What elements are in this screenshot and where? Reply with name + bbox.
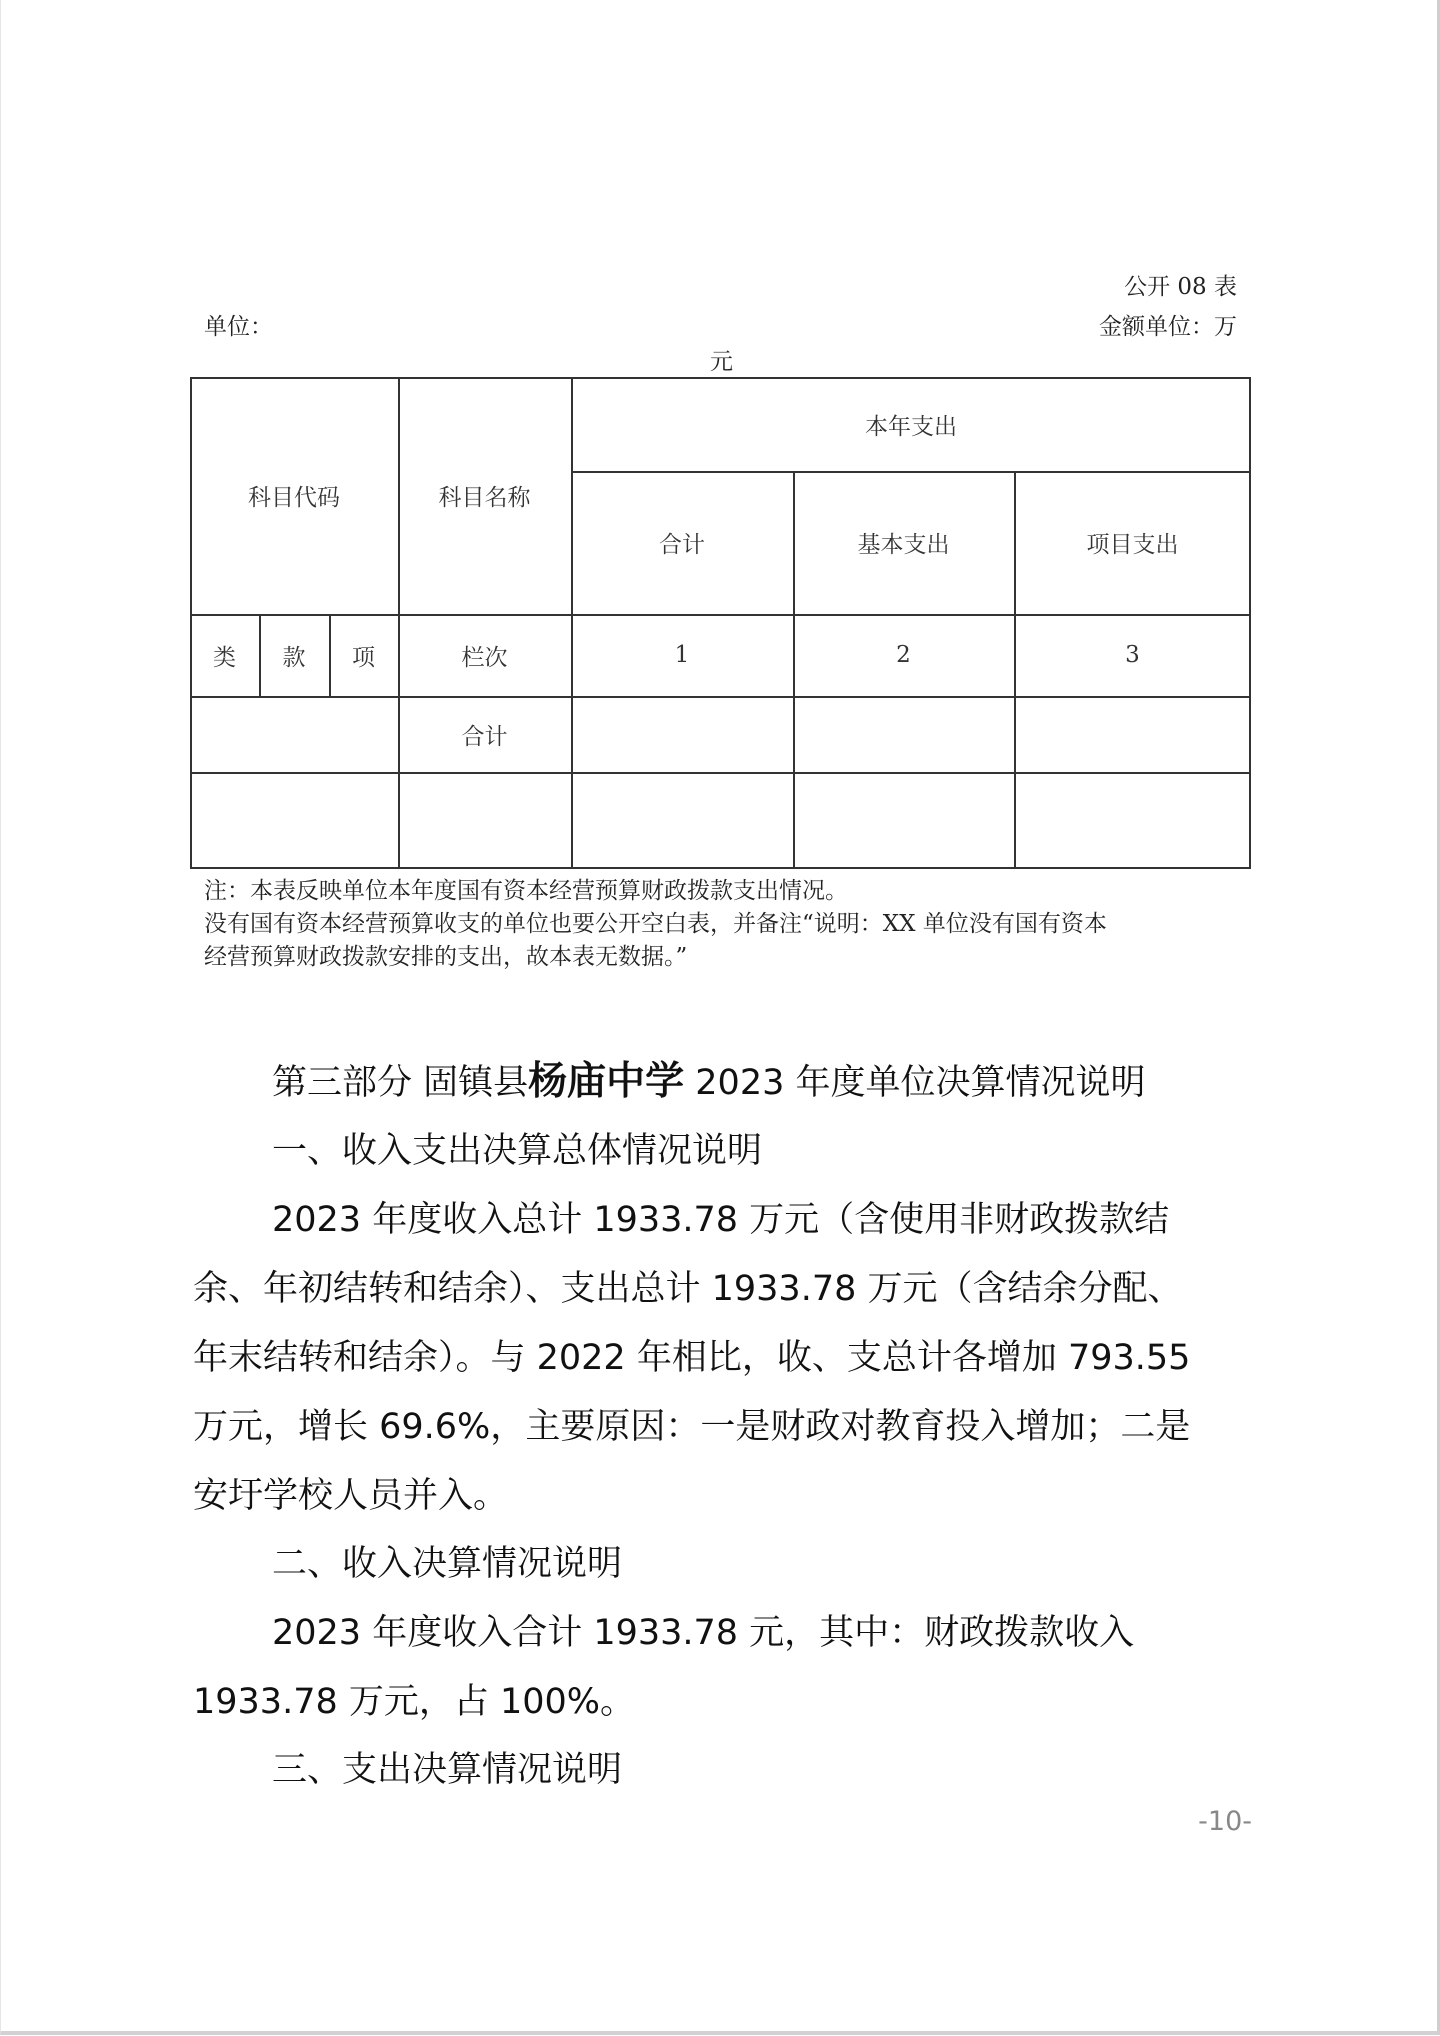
row-empty-name <box>398 772 571 867</box>
row-empty-basic <box>793 772 1014 867</box>
index-col2: 2 <box>793 614 1014 696</box>
table-note-1: 注：本表反映单位本年度国有资本经营预算财政拨款支出情况。 <box>204 875 848 907</box>
row-total-name: 合计 <box>398 696 571 772</box>
table-note-3: 经营预算财政拨款安排的支出，故本表无数据。” <box>204 941 687 973</box>
para1-line1: 2023 年度收入总计 1933.78 万元（含使用非财政拨款结 <box>272 1200 1169 1240</box>
page-frame <box>0 0 1440 2035</box>
index-item: 项 <box>329 614 398 696</box>
page-number: -10- <box>1198 1806 1252 1837</box>
para1-line5: 安圩学校人员并入。 <box>193 1476 508 1516</box>
row-total-code <box>190 696 398 772</box>
index-column-label: 栏次 <box>398 614 571 696</box>
index-category: 类 <box>190 614 259 696</box>
header-subject-code: 科目代码 <box>190 377 398 614</box>
header-basic-expenditure: 基本支出 <box>793 471 1014 614</box>
table-border-bottom <box>190 867 1251 869</box>
header-current-year-expenditure: 本年支出 <box>571 377 1251 471</box>
heading-overall: 一、收入支出决算总体情况说明 <box>272 1131 762 1171</box>
expenditure-table: 科目代码 科目名称 本年支出 合计 基本支出 项目支出 类 款 项 栏次 1 2… <box>190 377 1251 869</box>
para1-line2: 余、年初结转和结余）、支出总计 1933.78 万元（含结余分配、 <box>193 1269 1183 1309</box>
row-empty-amount <box>571 772 793 867</box>
row-empty-code <box>190 772 398 867</box>
row-total-basic <box>793 696 1014 772</box>
row-empty-project <box>1014 772 1251 867</box>
index-col1: 1 <box>571 614 793 696</box>
index-section: 款 <box>259 614 329 696</box>
header-total: 合计 <box>571 471 793 614</box>
index-col3: 3 <box>1014 614 1251 696</box>
section-title-suffix: 2023 年度单位决算情况说明 <box>684 1063 1145 1103</box>
section-title-prefix: 第三部分 固镇县 <box>272 1063 528 1103</box>
section-title-school: 杨庙中学 <box>528 1059 684 1104</box>
table-code-label: 公开 08 表 <box>1124 268 1237 301</box>
header-subject-name: 科目名称 <box>398 377 571 614</box>
para2-line2: 1933.78 万元，占 100%。 <box>193 1682 635 1722</box>
section-title: 第三部分 固镇县杨庙中学 2023 年度单位决算情况说明 <box>272 1062 1145 1103</box>
unit-label: 单位： <box>204 308 273 341</box>
row-total-project <box>1014 696 1251 772</box>
para1-line3: 年末结转和结余）。与 2022 年相比，收、支总计各增加 793.55 <box>193 1338 1190 1378</box>
para1-line4: 万元，增长 69.6%，主要原因：一是财政对教育投入增加；二是 <box>193 1407 1190 1447</box>
amount-unit-label: 金额单位：万 <box>1099 308 1237 341</box>
heading-income: 二、收入决算情况说明 <box>272 1544 622 1584</box>
para2-line1: 2023 年度收入合计 1933.78 元，其中：财政拨款收入 <box>272 1613 1134 1653</box>
amount-unit-label-cont: 元 <box>710 343 733 376</box>
row-total-amount <box>571 696 793 772</box>
table-note-2: 没有国有资本经营预算收支的单位也要公开空白表，并备注“说明：XX 单位没有国有资… <box>204 908 1107 940</box>
header-project-expenditure: 项目支出 <box>1014 471 1251 614</box>
heading-expenditure: 三、支出决算情况说明 <box>272 1750 622 1790</box>
